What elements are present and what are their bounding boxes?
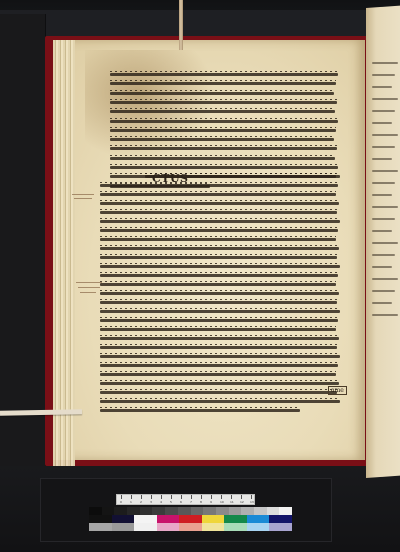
gray-patch <box>140 507 153 515</box>
gray-scale-strip <box>89 507 292 515</box>
color-patch <box>112 515 135 523</box>
color-swatches-bottom <box>89 523 292 531</box>
ruler-tick <box>161 495 162 499</box>
text-line <box>110 101 337 104</box>
page-fore-edges <box>53 40 75 466</box>
facing-text-line <box>372 218 395 220</box>
color-patch <box>269 515 292 523</box>
text-line <box>100 337 339 340</box>
color-patch <box>224 515 247 523</box>
facing-text-line <box>372 302 392 304</box>
color-patch <box>89 523 112 531</box>
text-line <box>100 220 340 223</box>
gray-patch <box>216 507 229 515</box>
text-line <box>100 193 336 196</box>
text-line <box>110 110 335 113</box>
cradle-left-foam <box>0 14 46 466</box>
text-line <box>110 129 336 132</box>
margin-note <box>80 292 96 293</box>
gray-patch <box>241 507 254 515</box>
scale-ruler: 012345678910111213 <box>116 494 255 505</box>
gray-patch <box>191 507 204 515</box>
text-line <box>110 92 334 95</box>
gray-patch <box>152 507 165 515</box>
ruler-label: 2 <box>140 500 142 504</box>
text-line <box>110 157 335 160</box>
text-line <box>100 373 336 376</box>
text-line <box>100 382 339 385</box>
text-line <box>100 409 300 412</box>
ruler-tick <box>131 495 132 499</box>
ruler-label: 1 <box>130 500 132 504</box>
color-patch <box>157 515 180 523</box>
margin-note <box>78 287 100 288</box>
facing-text-line <box>372 86 392 88</box>
ruler-label: 8 <box>200 500 202 504</box>
ruler-tick <box>241 495 242 499</box>
ruler-label: 4 <box>160 500 162 504</box>
facing-text-line <box>372 182 395 184</box>
ruler-label: 6 <box>180 500 182 504</box>
gray-patch <box>127 507 140 515</box>
ruler-tick <box>141 495 142 499</box>
color-patch <box>134 515 157 523</box>
ruler-label: 13 <box>250 500 254 504</box>
facing-text-line <box>372 206 398 208</box>
facing-text-line <box>372 110 395 112</box>
ruler-label: 3 <box>150 500 152 504</box>
gray-patch <box>229 507 242 515</box>
gray-patch <box>279 507 292 515</box>
ruler-label: 10 <box>220 500 224 504</box>
ruler-label: 9 <box>210 500 212 504</box>
text-line <box>100 364 338 367</box>
text-line <box>110 147 337 150</box>
color-swatches-top <box>89 515 292 523</box>
text-line <box>100 292 339 295</box>
text-line <box>110 82 336 85</box>
gray-patch <box>203 507 216 515</box>
facing-text-line <box>372 170 398 172</box>
text-line <box>100 184 338 187</box>
color-patch <box>224 523 247 531</box>
facing-text-line <box>372 230 392 232</box>
facing-text-line <box>372 158 392 160</box>
ruler-label: 0 <box>120 500 122 504</box>
cradle-top-foam <box>0 10 400 38</box>
facing-text-line <box>372 194 392 196</box>
gray-patch <box>89 507 102 515</box>
facing-text-line <box>372 254 395 256</box>
color-patch <box>157 523 180 531</box>
text-line <box>100 238 336 241</box>
ruler-tick <box>151 495 152 499</box>
facing-text-line <box>372 314 398 316</box>
facing-text-line <box>372 146 395 148</box>
text-line <box>100 229 338 232</box>
text-line <box>110 166 338 169</box>
text-line <box>100 202 339 205</box>
color-patch <box>202 515 225 523</box>
text-line <box>100 247 339 250</box>
water-stain <box>85 50 215 160</box>
text-line <box>100 346 337 349</box>
color-patch <box>112 523 135 531</box>
gray-patch <box>267 507 280 515</box>
text-line <box>100 274 338 277</box>
ruler-tick <box>191 495 192 499</box>
text-line <box>100 400 340 403</box>
facing-text-line <box>372 74 395 76</box>
text-line <box>110 73 338 76</box>
facing-text-line <box>372 242 398 244</box>
ruler-tick <box>121 495 122 499</box>
ruler-tick <box>231 495 232 499</box>
text-line <box>110 120 338 123</box>
text-line <box>100 310 340 313</box>
text-line <box>100 301 337 304</box>
facing-text-line <box>372 62 398 64</box>
color-patch <box>134 523 157 531</box>
color-patch <box>247 523 270 531</box>
margin-note <box>76 282 102 283</box>
text-line <box>100 355 340 358</box>
color-patch <box>89 515 112 523</box>
text-line <box>110 138 334 141</box>
ruler-tick <box>201 495 202 499</box>
margin-note <box>72 194 94 195</box>
text-line <box>100 256 337 259</box>
facing-text-line <box>372 122 392 124</box>
catchword: ame <box>328 386 347 395</box>
color-patch <box>247 515 270 523</box>
gray-patch <box>102 507 115 515</box>
text-line <box>100 211 337 214</box>
color-patch <box>179 515 202 523</box>
page-weight-thread <box>179 0 183 50</box>
ruler-tick <box>171 495 172 499</box>
gray-patch <box>114 507 127 515</box>
text-line <box>100 265 340 268</box>
facing-text-line <box>372 134 398 136</box>
color-patch <box>269 523 292 531</box>
ruler-label: 11 <box>230 500 234 504</box>
color-patch <box>179 523 202 531</box>
gray-patch <box>165 507 178 515</box>
facing-text-line <box>372 290 395 292</box>
facing-text-line <box>372 98 398 100</box>
ruler-label: 7 <box>190 500 192 504</box>
text-line <box>100 391 337 394</box>
facing-text-line <box>372 278 398 280</box>
text-line <box>100 328 336 331</box>
margin-note <box>74 198 92 199</box>
facing-text-line <box>372 266 392 268</box>
ruler-tick <box>211 495 212 499</box>
ruler-tick <box>221 495 222 499</box>
gray-patch <box>254 507 267 515</box>
ruler-label: 12 <box>240 500 244 504</box>
text-line <box>100 283 336 286</box>
text-line <box>145 175 340 178</box>
ruler-label: 5 <box>170 500 172 504</box>
ruler-tick <box>251 495 252 499</box>
gray-patch <box>178 507 191 515</box>
text-line <box>100 319 338 322</box>
ruler-tick <box>181 495 182 499</box>
color-patch <box>202 523 225 531</box>
